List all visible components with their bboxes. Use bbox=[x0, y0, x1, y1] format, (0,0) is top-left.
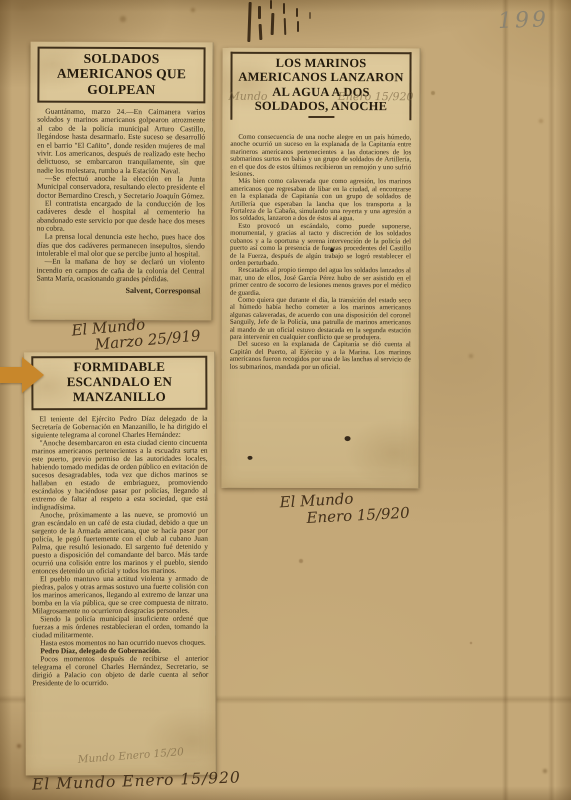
ink-blot bbox=[345, 436, 351, 441]
arrow-shape bbox=[0, 357, 44, 393]
highlight-arrow-icon bbox=[0, 354, 44, 396]
paragraph: La prensa local denuncia este hecho, pue… bbox=[37, 233, 205, 259]
paragraph: Guantánamo, marzo 24.—En Caimanera vario… bbox=[37, 108, 205, 175]
paragraph: —Se efectuó anoche la elección en la Jun… bbox=[37, 175, 205, 201]
paragraph: Rescatados al propio tiempo del agua los… bbox=[230, 267, 411, 297]
paragraph: Del suceso en la explanada de Capitanía … bbox=[230, 341, 411, 371]
clipping-body: El teniente del Ejército Pedro Díaz dele… bbox=[31, 415, 208, 688]
clipping-title-escandalo: FORMIDABLE ESCANDALO EN MANZANILLO bbox=[36, 360, 202, 405]
paragraph: "Anoche desembarcaron en esta ciudad cie… bbox=[32, 439, 208, 512]
clipping-formidable-escandalo: FORMIDABLE ESCANDALO EN MANZANILLO El te… bbox=[24, 352, 216, 776]
headline-box: SOLDADOS AMERICANOS QUE GOLPEAN bbox=[37, 47, 205, 104]
headline-divider bbox=[308, 116, 334, 118]
handwritten-faint-source: Mundo Enero 15/20 bbox=[77, 746, 184, 766]
paragraph: El teniente del Ejército Pedro Díaz dele… bbox=[31, 415, 207, 440]
clipping-title-marinos: LOS MARINOS AMERICANOS LANZARON AL AGUA … bbox=[235, 56, 406, 113]
clipping-body: Como consecuencia de una noche alegre en… bbox=[230, 134, 412, 371]
paragraph: —En la mañana de hoy se declaró un viole… bbox=[37, 258, 205, 284]
headline-box: FORMIDABLE ESCANDALO EN MANZANILLO bbox=[31, 356, 207, 411]
stamp-ink-marks-icon bbox=[246, 0, 318, 48]
ink-blot bbox=[247, 456, 252, 460]
byline: Salvent, Corresponsal bbox=[37, 287, 205, 296]
paragraph: Como consecuencia de una noche alegre en… bbox=[230, 134, 411, 179]
paragraph: Esto provocó un escándalo, como puede su… bbox=[230, 223, 411, 268]
page-number: 199 bbox=[498, 7, 559, 34]
paper-fold-vertical bbox=[502, 0, 509, 800]
paragraph: Pocos momentos después de recibirse el a… bbox=[32, 655, 208, 688]
paragraph: El pueblo mantuvo una actitud violenta y… bbox=[32, 575, 208, 616]
ink-blot bbox=[330, 248, 334, 252]
paragraph: El contratista encargado de la conducció… bbox=[37, 200, 205, 234]
clipping-title-soldados: SOLDADOS AMERICANOS QUE GOLPEAN bbox=[42, 51, 200, 98]
paragraph: Más bien como calaverada que como agresi… bbox=[230, 178, 411, 223]
clipping-body: Guantánamo, marzo 24.—En Caimanera vario… bbox=[37, 108, 206, 296]
clipping-soldados-americanos: SOLDADOS AMERICANOS QUE GOLPEAN Guantána… bbox=[29, 42, 213, 321]
paragraph: Siendo la policía municipal insuficiente… bbox=[32, 615, 208, 640]
paper-fold-vertical bbox=[548, 0, 555, 800]
paper-stain-specks bbox=[0, 0, 2, 2]
scrapbook-page: { "page": { "number": "199", "paper_colo… bbox=[0, 0, 571, 800]
handwritten-source-enero-right: El Mundo Enero 15/920 bbox=[279, 487, 410, 529]
paragraph: Como quiera que durante el día, la trans… bbox=[230, 297, 411, 342]
headline-box: LOS MARINOS AMERICANOS LANZARON AL AGUA … bbox=[230, 52, 411, 120]
clipping-marinos-americanos: LOS MARINOS AMERICANOS LANZARON AL AGUA … bbox=[221, 48, 420, 489]
paragraph: Anoche, próximamente a las nueve, se pro… bbox=[32, 511, 208, 576]
